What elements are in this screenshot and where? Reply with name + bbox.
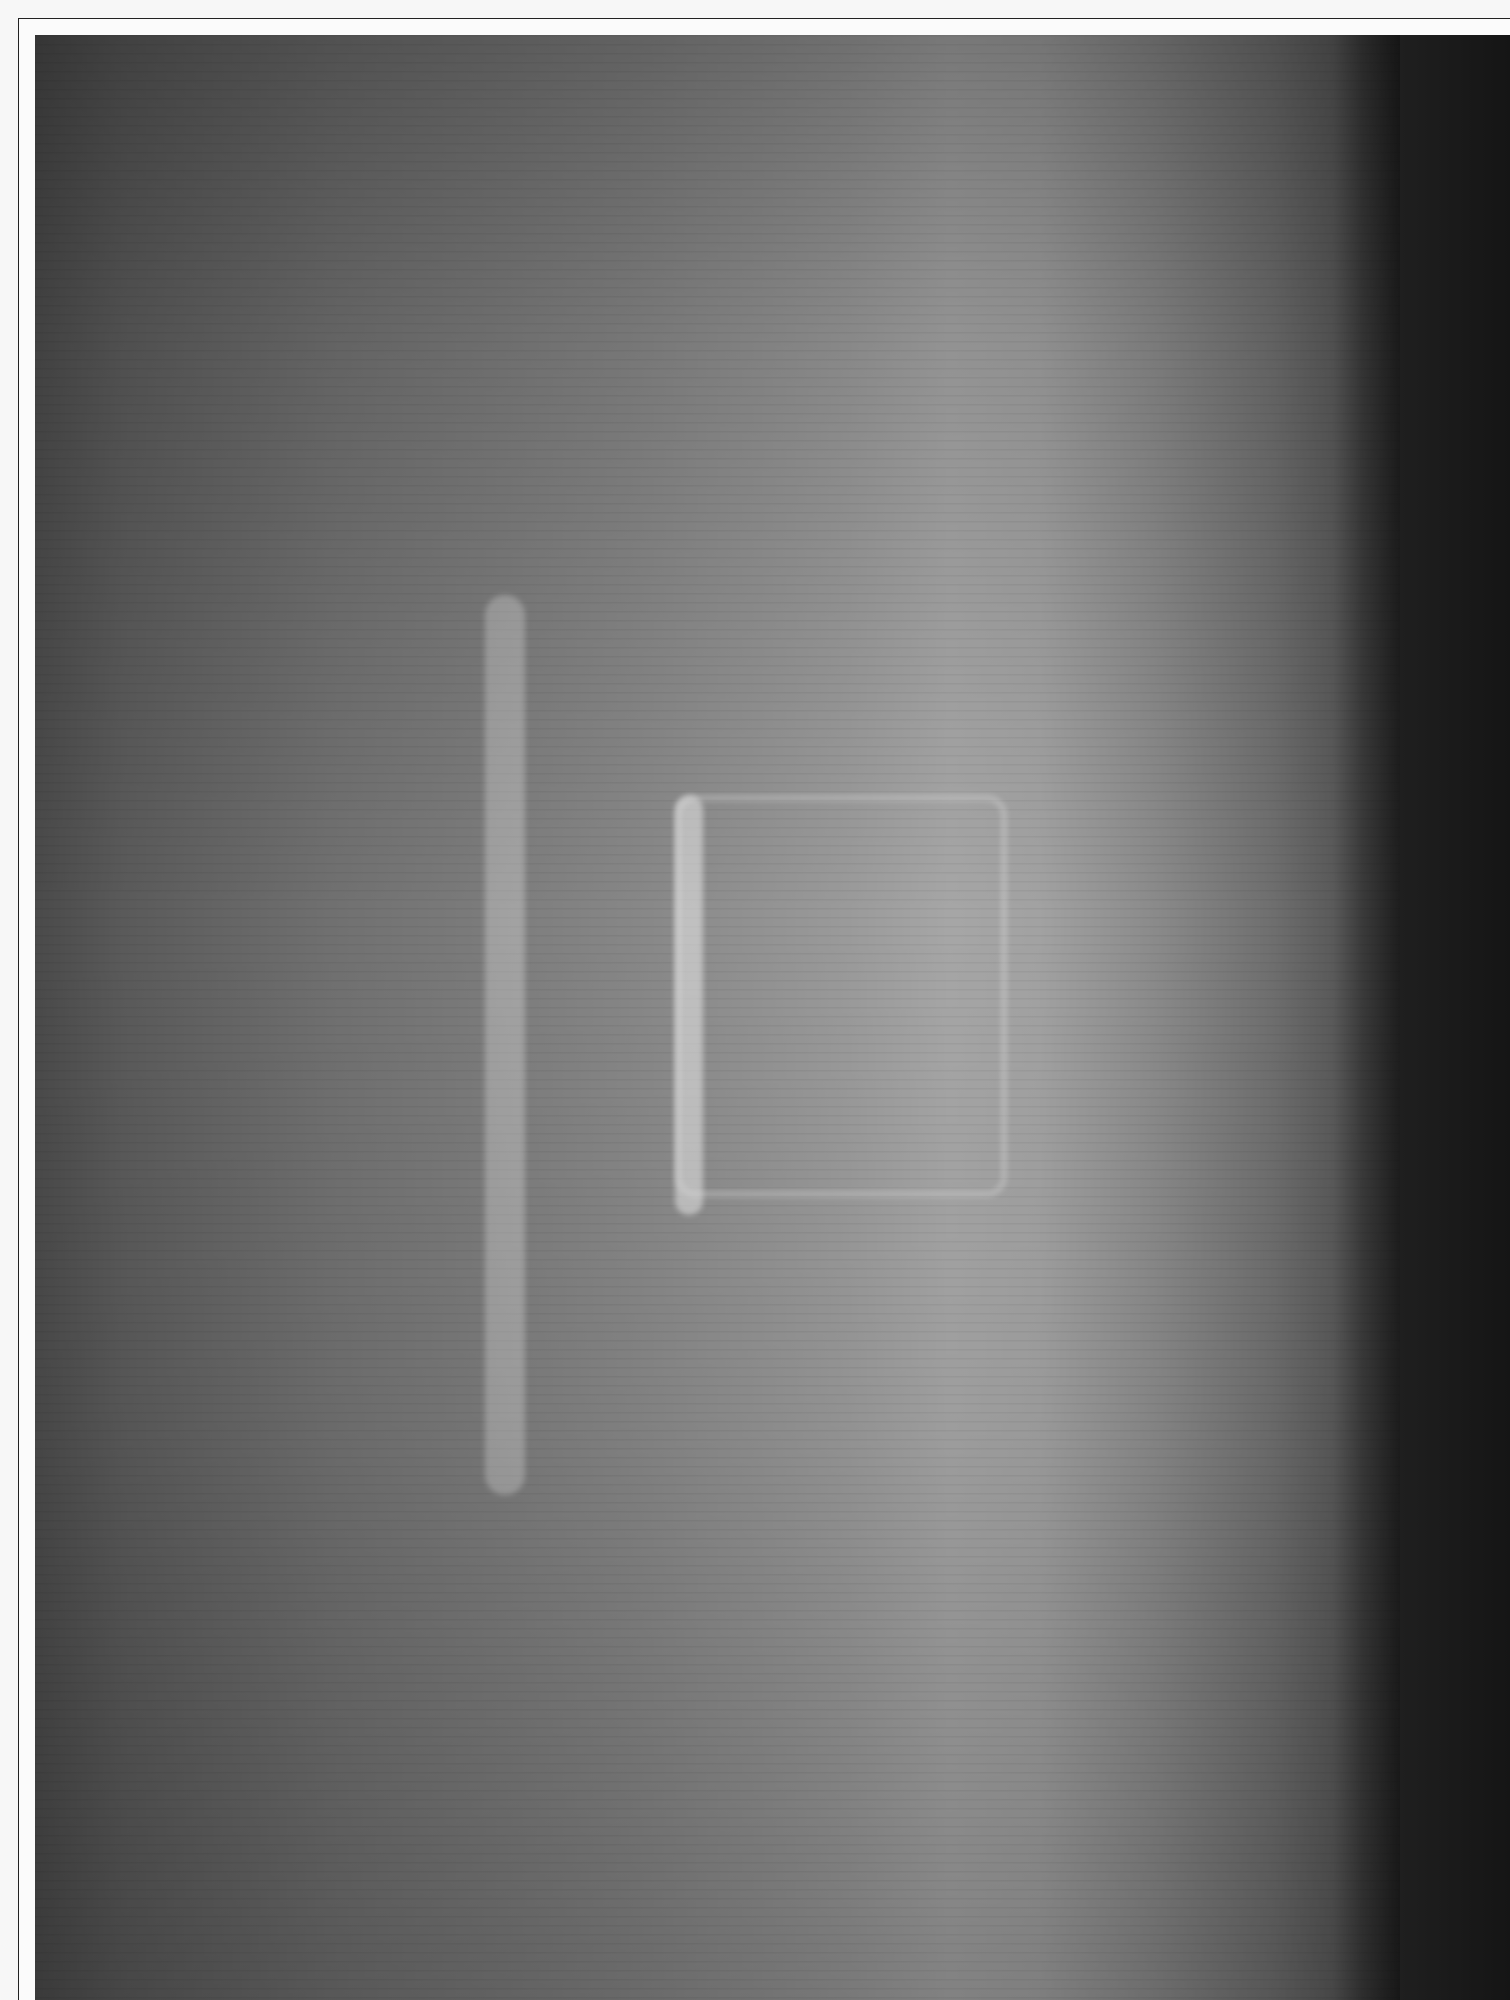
top-ruler xyxy=(18,18,1510,36)
right-edge-shadow xyxy=(1400,35,1510,2000)
scan-vertical-shading xyxy=(35,35,1510,2000)
manuscript-scan xyxy=(35,35,1510,2000)
left-ruler xyxy=(18,18,36,2000)
